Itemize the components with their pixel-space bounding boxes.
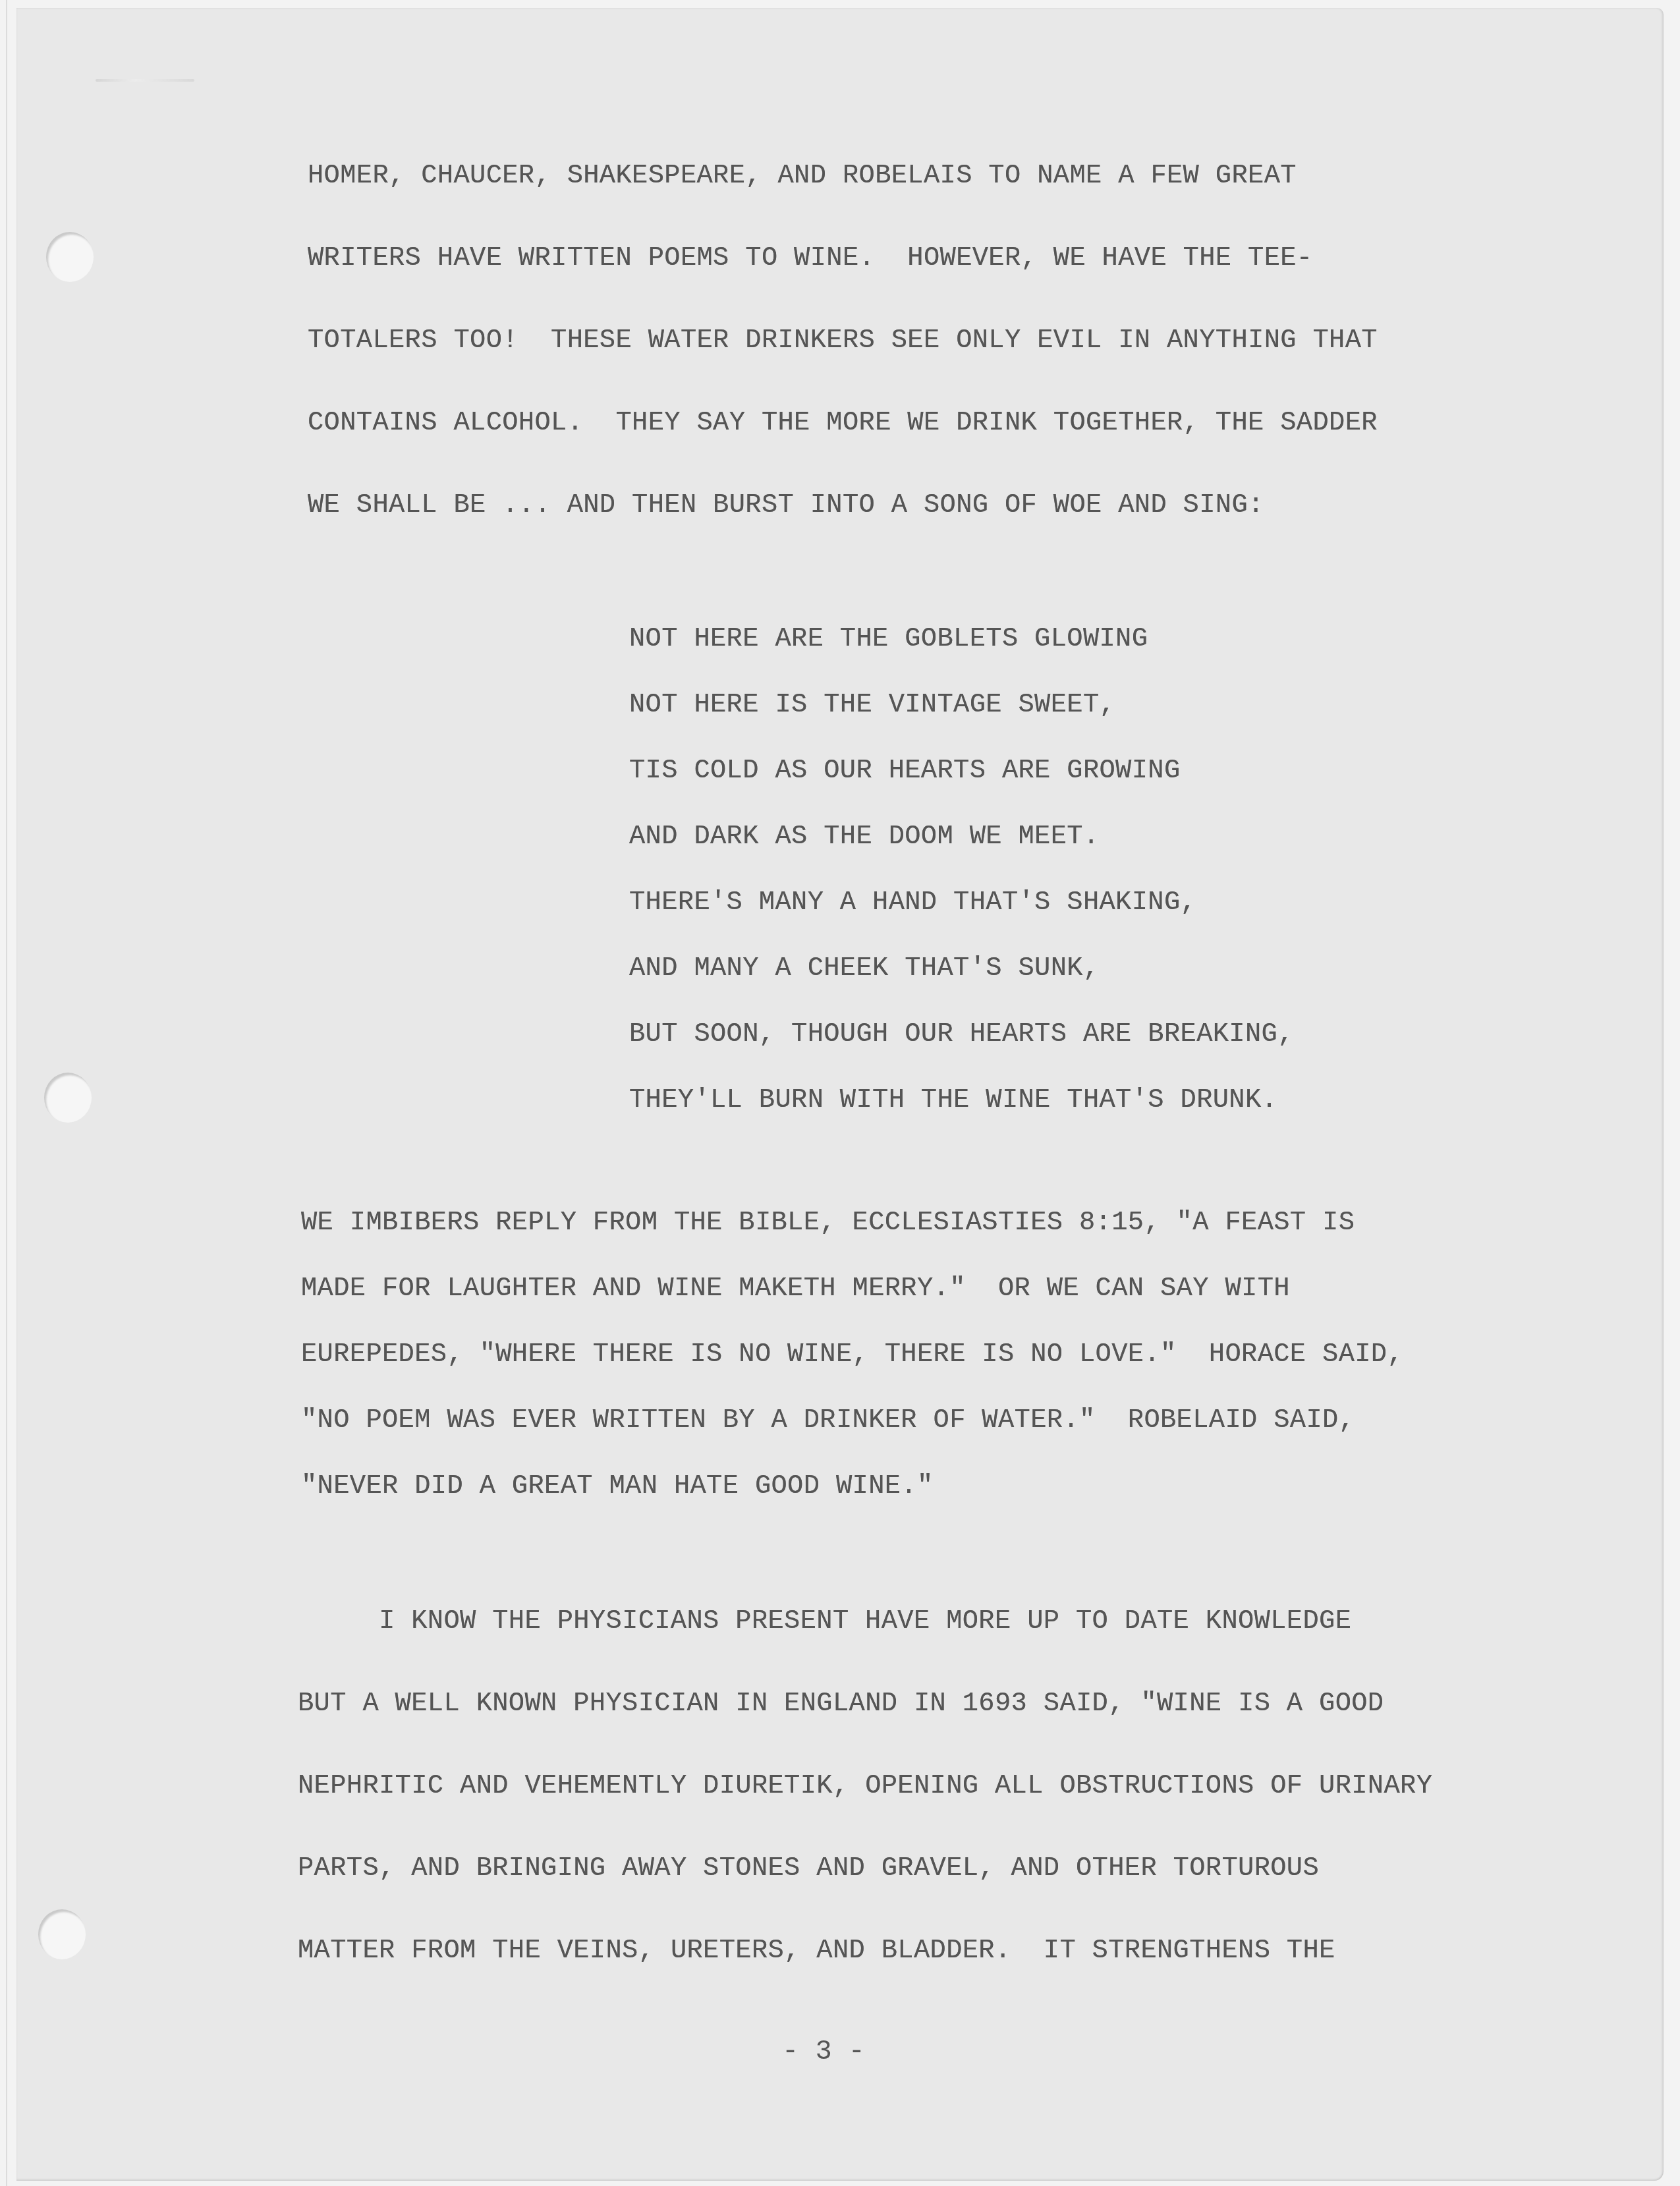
punch-hole-middle bbox=[44, 1073, 92, 1123]
poem-line: AND MANY A CHEEK THAT'S SUNK, bbox=[629, 955, 1100, 982]
text-line: "NEVER DID A GREAT MAN HATE GOOD WINE." bbox=[301, 1473, 934, 1500]
text-line: I KNOW THE PHYSICIANS PRESENT HAVE MORE … bbox=[379, 1608, 1351, 1635]
text-line: MADE FOR LAUGHTER AND WINE MAKETH MERRY.… bbox=[301, 1275, 1290, 1303]
page-number: - 3 - bbox=[764, 2036, 883, 2067]
punch-hole-bottom bbox=[38, 1909, 86, 1959]
poem-line: BUT SOON, THOUGH OUR HEARTS ARE BREAKING… bbox=[629, 1021, 1294, 1048]
poem-line: NOT HERE ARE THE GOBLETS GLOWING bbox=[629, 626, 1148, 653]
text-line: TOTALERS TOO! THESE WATER DRINKERS SEE O… bbox=[308, 327, 1378, 354]
staple-mark bbox=[96, 79, 194, 82]
poem-line: TIS COLD AS OUR HEARTS ARE GROWING bbox=[629, 758, 1181, 785]
scan-edge bbox=[6, 0, 7, 2186]
text-line: WRITERS HAVE WRITTEN POEMS TO WINE. HOWE… bbox=[308, 245, 1312, 272]
punch-hole-top bbox=[46, 232, 94, 282]
poem-line: AND DARK AS THE DOOM WE MEET. bbox=[629, 824, 1100, 851]
text-line: NEPHRITIC AND VEHEMENTLY DIURETIK, OPENI… bbox=[298, 1773, 1432, 1800]
text-line: CONTAINS ALCOHOL. THEY SAY THE MORE WE D… bbox=[308, 410, 1378, 437]
poem-line: THERE'S MANY A HAND THAT'S SHAKING, bbox=[629, 889, 1196, 916]
text-line: MATTER FROM THE VEINS, URETERS, AND BLAD… bbox=[298, 1938, 1335, 1965]
poem-line: THEY'LL BURN WITH THE WINE THAT'S DRUNK. bbox=[629, 1087, 1277, 1114]
text-line: "NO POEM WAS EVER WRITTEN BY A DRINKER O… bbox=[301, 1407, 1355, 1434]
text-line: HOMER, CHAUCER, SHAKESPEARE, AND ROBELAI… bbox=[308, 163, 1297, 190]
text-line: BUT A WELL KNOWN PHYSICIAN IN ENGLAND IN… bbox=[298, 1691, 1384, 1718]
text-line: WE SHALL BE ... AND THEN BURST INTO A SO… bbox=[308, 492, 1264, 519]
text-line: WE IMBIBERS REPLY FROM THE BIBLE, ECCLES… bbox=[301, 1210, 1355, 1237]
text-line: PARTS, AND BRINGING AWAY STONES AND GRAV… bbox=[298, 1855, 1319, 1882]
poem-line: NOT HERE IS THE VINTAGE SWEET, bbox=[629, 692, 1115, 719]
text-line: EUREPEDES, "WHERE THERE IS NO WINE, THER… bbox=[301, 1341, 1403, 1368]
